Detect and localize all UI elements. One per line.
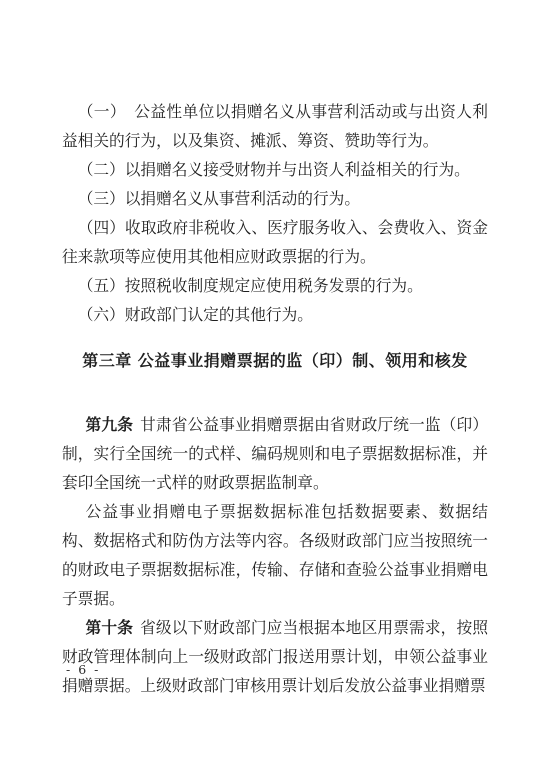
clause-item-4: （四）收取政府非税收入、医疗服务收入、会费收入、资金往来款项等应使用其他相应财政… — [62, 213, 488, 271]
article-nine-paragraph: 第九条甘肃省公益事业捐赠票据由省财政厅统一监（印）制，实行全国统一的式样、编码规… — [62, 410, 488, 497]
document-page: （一） 公益性单位以捐赠名义从事营利活动或与出资人利益相关的行为，以及集资、摊派… — [0, 0, 553, 784]
clause-item-5: （五）按照税收制度规定应使用税务发票的行为。 — [62, 271, 488, 300]
clause-item-1: （一） 公益性单位以捐赠名义从事营利活动或与出资人利益相关的行为，以及集资、摊派… — [62, 97, 488, 155]
article-nine-label: 第九条 — [86, 415, 133, 434]
article-ten-paragraph: 第十条省级以下财政部门应当根据本地区用票需求，按照财政管理体制向上一级财政部门报… — [62, 613, 488, 700]
clause-item-6: （六）财政部门认定的其他行为。 — [62, 300, 488, 329]
chapter-heading: 第三章 公益事业捐赠票据的监（印）制、领用和核发 — [62, 346, 488, 375]
clause-item-3: （三）以捐赠名义从事营利活动的行为。 — [62, 184, 488, 213]
page-number: - 6 - — [66, 662, 100, 677]
standards-paragraph: 公益事业捐赠电子票据数据标准包括数据要素、数据结构、数据格式和防伪方法等内容。各… — [62, 497, 488, 613]
document-body: （一） 公益性单位以捐赠名义从事营利活动或与出资人利益相关的行为，以及集资、摊派… — [62, 97, 488, 700]
article-ten-label: 第十条 — [86, 618, 133, 637]
clause-item-2: （二）以捐赠名义接受财物并与出资人利益相关的行为。 — [62, 155, 488, 184]
